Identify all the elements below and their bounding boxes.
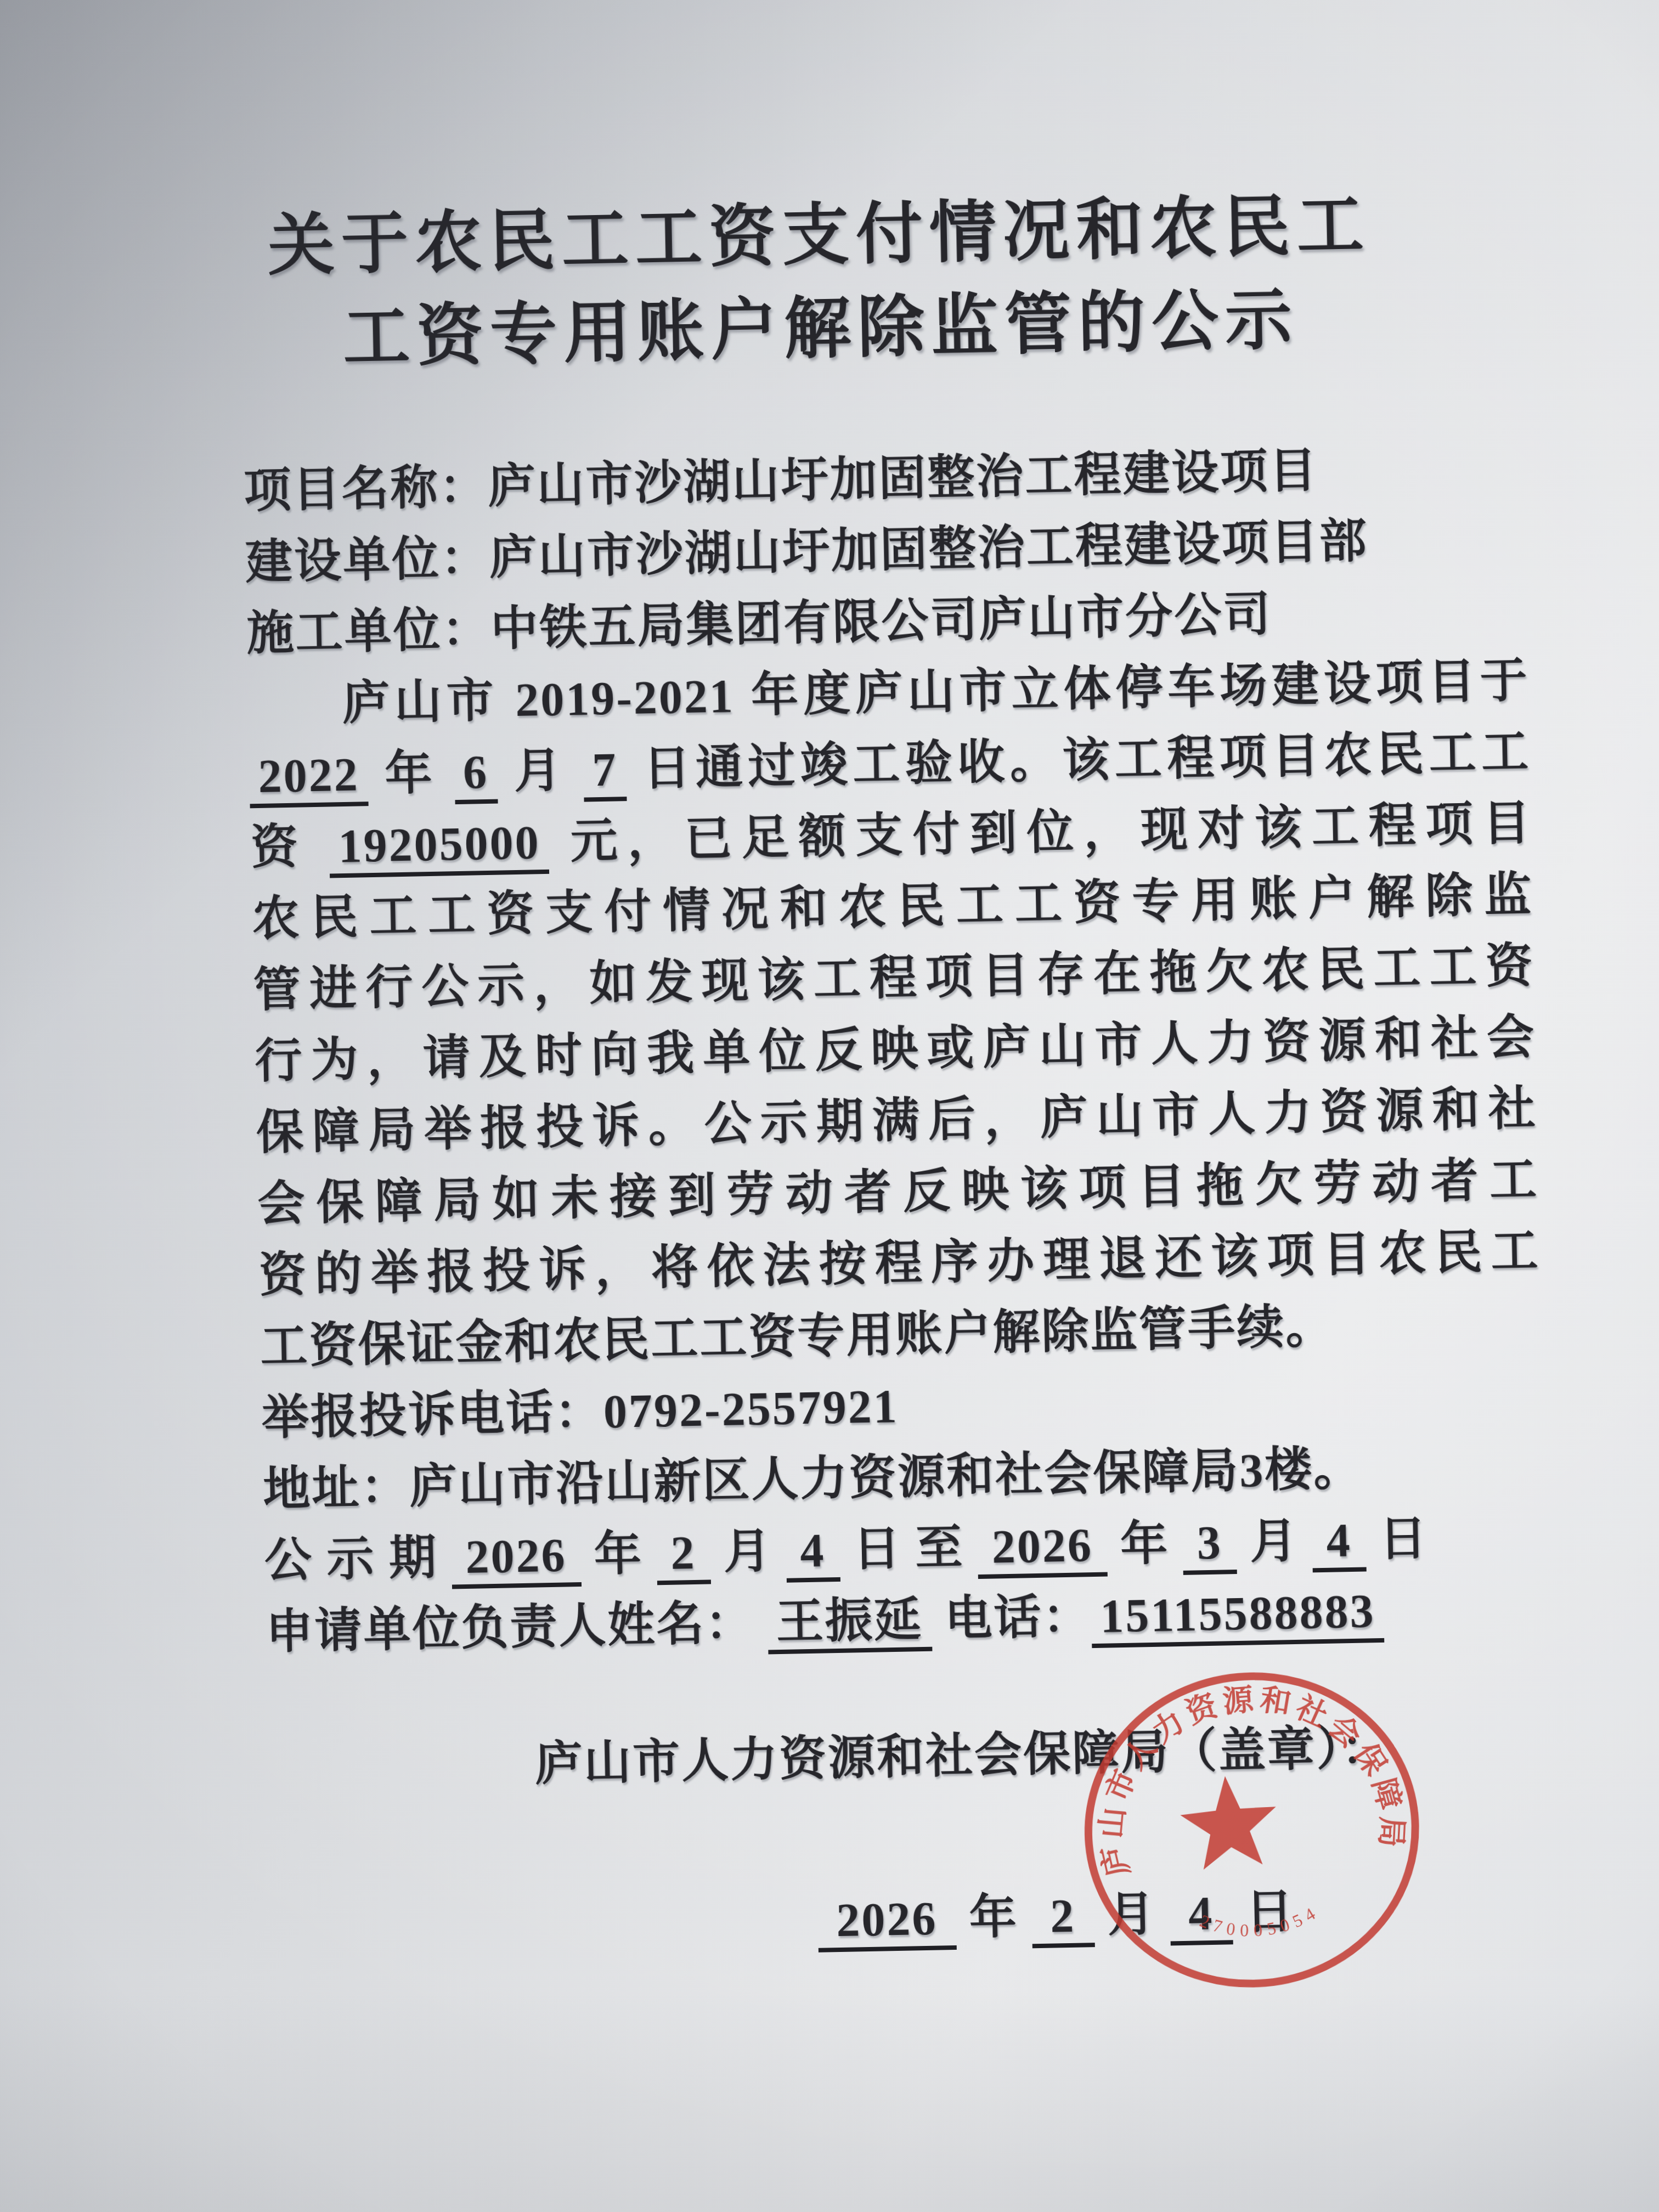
official-seal-graphic: 庐山市人力资源和社会保障局 270005054 [1057, 1644, 1448, 2015]
document-title: 关于农民工工资支付情况和农民工 工资专用账户解除监管的公示 [0, 173, 1651, 392]
photographed-document-page: 关于农民工工资支付情况和农民工 工资专用账户解除监管的公示 项目名称：庐山市沙湖… [0, 0, 1659, 2212]
official-seal: 庐山市人力资源和社会保障局 270005054 [1057, 1644, 1448, 2015]
seal-star-icon [1177, 1772, 1281, 1871]
svg-text:270005054: 270005054 [1195, 1900, 1324, 1945]
seal-code-text: 270005054 [1195, 1900, 1324, 1945]
document-content: 关于农民工工资支付情况和农民工 工资专用账户解除监管的公示 项目名称：庐山市沙湖… [0, 0, 1659, 1972]
